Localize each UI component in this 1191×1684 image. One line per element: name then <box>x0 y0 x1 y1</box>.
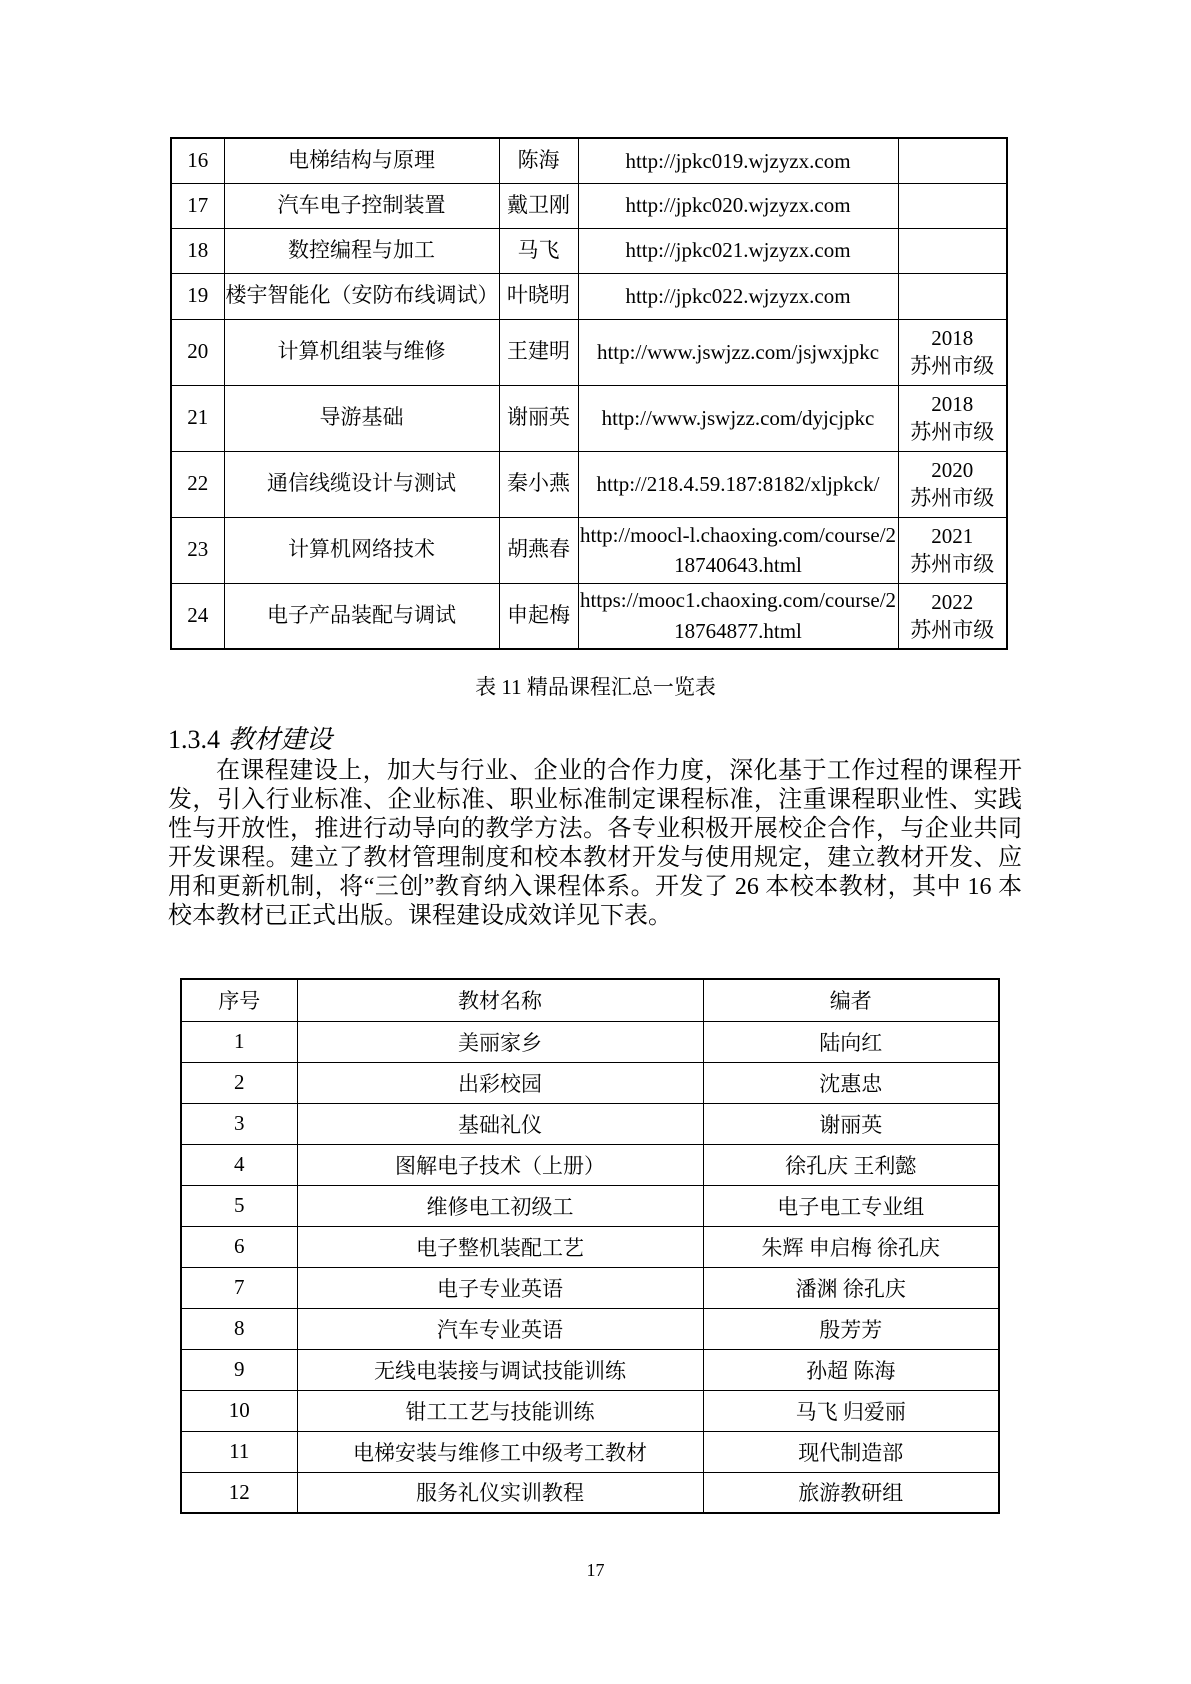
document-page: 16 电梯结构与原理 陈海 http://jpkc019.wjzyzx.com … <box>0 0 1191 1684</box>
cell-teacher: 叶晓明 <box>499 273 578 319</box>
cell-award: 2021 苏州市级 <box>898 517 1007 583</box>
section-number: 1.3.4 <box>168 725 220 754</box>
cell-no: 8 <box>181 1308 297 1349</box>
cell-name: 维修电工初级工 <box>297 1185 703 1226</box>
cell-no: 18 <box>171 228 224 273</box>
textbook-table: 序号 教材名称 编者 1 美丽家乡 陆向红 2 出彩校园 沈惠忠 3 基础礼仪 … <box>180 978 1000 1514</box>
cell-no: 16 <box>171 138 224 183</box>
table-caption: 表 11 精品课程汇总一览表 <box>0 671 1191 701</box>
cell-editor: 谢丽英 <box>703 1103 999 1144</box>
cell-no: 10 <box>181 1390 297 1431</box>
section-title: 教材建设 <box>228 725 332 754</box>
cell-name: 基础礼仪 <box>297 1103 703 1144</box>
cell-editor: 朱辉 申启梅 徐孔庆 <box>703 1226 999 1267</box>
cell-no: 5 <box>181 1185 297 1226</box>
cell-no: 17 <box>171 183 224 228</box>
cell-editor: 沈惠忠 <box>703 1062 999 1103</box>
table-row: 11 电梯安装与维修工中级考工教材 现代制造部 <box>181 1431 999 1472</box>
cell-teacher: 马飞 <box>499 228 578 273</box>
cell-teacher: 戴卫刚 <box>499 183 578 228</box>
page-number: 17 <box>0 1560 1191 1581</box>
cell-no: 21 <box>171 385 224 451</box>
header-no: 序号 <box>181 979 297 1021</box>
award-level: 苏州市级 <box>900 616 1006 644</box>
cell-editor: 旅游教研组 <box>703 1472 999 1513</box>
table-row: 4 图解电子技术（上册） 徐孔庆 王利懿 <box>181 1144 999 1185</box>
cell-url: http://jpkc019.wjzyzx.com <box>578 138 898 183</box>
table-row: 16 电梯结构与原理 陈海 http://jpkc019.wjzyzx.com <box>171 138 1007 183</box>
cell-award <box>898 228 1007 273</box>
cell-editor: 殷芳芳 <box>703 1308 999 1349</box>
table-row: 7 电子专业英语 潘渊 徐孔庆 <box>181 1267 999 1308</box>
cell-url: http://www.jswjzz.com/jsjwxjpkc <box>578 319 898 385</box>
cell-award <box>898 183 1007 228</box>
cell-no: 23 <box>171 517 224 583</box>
table-row: 2 出彩校园 沈惠忠 <box>181 1062 999 1103</box>
cell-course: 电梯结构与原理 <box>224 138 499 183</box>
cell-course: 计算机网络技术 <box>224 517 499 583</box>
cell-name: 服务礼仪实训教程 <box>297 1472 703 1513</box>
award-level: 苏州市级 <box>900 418 1006 446</box>
cell-name: 电梯安装与维修工中级考工教材 <box>297 1431 703 1472</box>
table-row: 19 楼宇智能化（安防布线调试） 叶晓明 http://jpkc022.wjzy… <box>171 273 1007 319</box>
cell-name: 电子专业英语 <box>297 1267 703 1308</box>
cell-course: 计算机组装与维修 <box>224 319 499 385</box>
cell-course: 导游基础 <box>224 385 499 451</box>
cell-editor: 现代制造部 <box>703 1431 999 1472</box>
cell-editor: 马飞 归爱丽 <box>703 1390 999 1431</box>
award-level: 苏州市级 <box>900 550 1006 578</box>
cell-teacher: 申起梅 <box>499 583 578 649</box>
cell-no: 9 <box>181 1349 297 1390</box>
table-row: 10 钳工工艺与技能训练 马飞 归爱丽 <box>181 1390 999 1431</box>
cell-teacher: 胡燕春 <box>499 517 578 583</box>
table-row: 18 数控编程与加工 马飞 http://jpkc021.wjzyzx.com <box>171 228 1007 273</box>
table-row: 8 汽车专业英语 殷芳芳 <box>181 1308 999 1349</box>
cell-url: http://jpkc020.wjzyzx.com <box>578 183 898 228</box>
table-row: 22 通信线缆设计与测试 秦小燕 http://218.4.59.187:818… <box>171 451 1007 517</box>
cell-no: 12 <box>181 1472 297 1513</box>
body-paragraph: 在课程建设上，加大与行业、企业的合作力度，深化基于工作过程的课程开发，引入行业标… <box>168 757 1022 931</box>
cell-editor: 徐孔庆 王利懿 <box>703 1144 999 1185</box>
cell-course: 通信线缆设计与测试 <box>224 451 499 517</box>
cell-url: http://www.jswjzz.com/dyjcjpkc <box>578 385 898 451</box>
table-row: 5 维修电工初级工 电子电工专业组 <box>181 1185 999 1226</box>
cell-award <box>898 138 1007 183</box>
cell-name: 电子整机装配工艺 <box>297 1226 703 1267</box>
cell-no: 22 <box>171 451 224 517</box>
course-summary-table: 16 电梯结构与原理 陈海 http://jpkc019.wjzyzx.com … <box>170 137 1008 650</box>
award-year: 2020 <box>900 456 1006 484</box>
table-row: 21 导游基础 谢丽英 http://www.jswjzz.com/dyjcjp… <box>171 385 1007 451</box>
cell-name: 无线电装接与调试技能训练 <box>297 1349 703 1390</box>
cell-name: 汽车专业英语 <box>297 1308 703 1349</box>
cell-award <box>898 273 1007 319</box>
cell-editor: 电子电工专业组 <box>703 1185 999 1226</box>
cell-no: 3 <box>181 1103 297 1144</box>
award-level: 苏州市级 <box>900 352 1006 380</box>
cell-name: 图解电子技术（上册） <box>297 1144 703 1185</box>
cell-course: 汽车电子控制装置 <box>224 183 499 228</box>
cell-award: 2020 苏州市级 <box>898 451 1007 517</box>
table-row: 17 汽车电子控制装置 戴卫刚 http://jpkc020.wjzyzx.co… <box>171 183 1007 228</box>
cell-course: 数控编程与加工 <box>224 228 499 273</box>
cell-no: 6 <box>181 1226 297 1267</box>
cell-teacher: 王建明 <box>499 319 578 385</box>
table-row: 23 计算机网络技术 胡燕春 http://moocl-l.chaoxing.c… <box>171 517 1007 583</box>
table-row: 1 美丽家乡 陆向红 <box>181 1021 999 1062</box>
cell-course: 电子产品装配与调试 <box>224 583 499 649</box>
table-row: 3 基础礼仪 谢丽英 <box>181 1103 999 1144</box>
cell-no: 20 <box>171 319 224 385</box>
cell-no: 2 <box>181 1062 297 1103</box>
header-name: 教材名称 <box>297 979 703 1021</box>
cell-award: 2018 苏州市级 <box>898 385 1007 451</box>
cell-editor: 孙超 陈海 <box>703 1349 999 1390</box>
cell-url: https://mooc1.chaoxing.com/course/218764… <box>578 583 898 649</box>
table-row: 20 计算机组装与维修 王建明 http://www.jswjzz.com/js… <box>171 319 1007 385</box>
award-year: 2022 <box>900 588 1006 616</box>
cell-award: 2022 苏州市级 <box>898 583 1007 649</box>
cell-no: 19 <box>171 273 224 319</box>
cell-url: http://jpkc022.wjzyzx.com <box>578 273 898 319</box>
table-header-row: 序号 教材名称 编者 <box>181 979 999 1021</box>
cell-no: 7 <box>181 1267 297 1308</box>
award-year: 2018 <box>900 390 1006 418</box>
award-year: 2018 <box>900 324 1006 352</box>
table-row: 9 无线电装接与调试技能训练 孙超 陈海 <box>181 1349 999 1390</box>
cell-no: 11 <box>181 1431 297 1472</box>
cell-name: 美丽家乡 <box>297 1021 703 1062</box>
award-level: 苏州市级 <box>900 484 1006 512</box>
cell-name: 出彩校园 <box>297 1062 703 1103</box>
cell-teacher: 谢丽英 <box>499 385 578 451</box>
cell-course: 楼宇智能化（安防布线调试） <box>224 273 499 319</box>
cell-name: 钳工工艺与技能训练 <box>297 1390 703 1431</box>
cell-editor: 潘渊 徐孔庆 <box>703 1267 999 1308</box>
cell-no: 1 <box>181 1021 297 1062</box>
cell-url: http://moocl-l.chaoxing.com/course/21874… <box>578 517 898 583</box>
table-row: 24 电子产品装配与调试 申起梅 https://mooc1.chaoxing.… <box>171 583 1007 649</box>
cell-no: 4 <box>181 1144 297 1185</box>
award-year: 2021 <box>900 522 1006 550</box>
table-row: 12 服务礼仪实训教程 旅游教研组 <box>181 1472 999 1513</box>
cell-url: http://218.4.59.187:8182/xljpkck/ <box>578 451 898 517</box>
cell-no: 24 <box>171 583 224 649</box>
cell-url: http://jpkc021.wjzyzx.com <box>578 228 898 273</box>
header-editor: 编者 <box>703 979 999 1021</box>
cell-editor: 陆向红 <box>703 1021 999 1062</box>
table-row: 6 电子整机装配工艺 朱辉 申启梅 徐孔庆 <box>181 1226 999 1267</box>
cell-teacher: 陈海 <box>499 138 578 183</box>
cell-teacher: 秦小燕 <box>499 451 578 517</box>
cell-award: 2018 苏州市级 <box>898 319 1007 385</box>
section-heading: 1.3.4教材建设 <box>168 719 332 756</box>
